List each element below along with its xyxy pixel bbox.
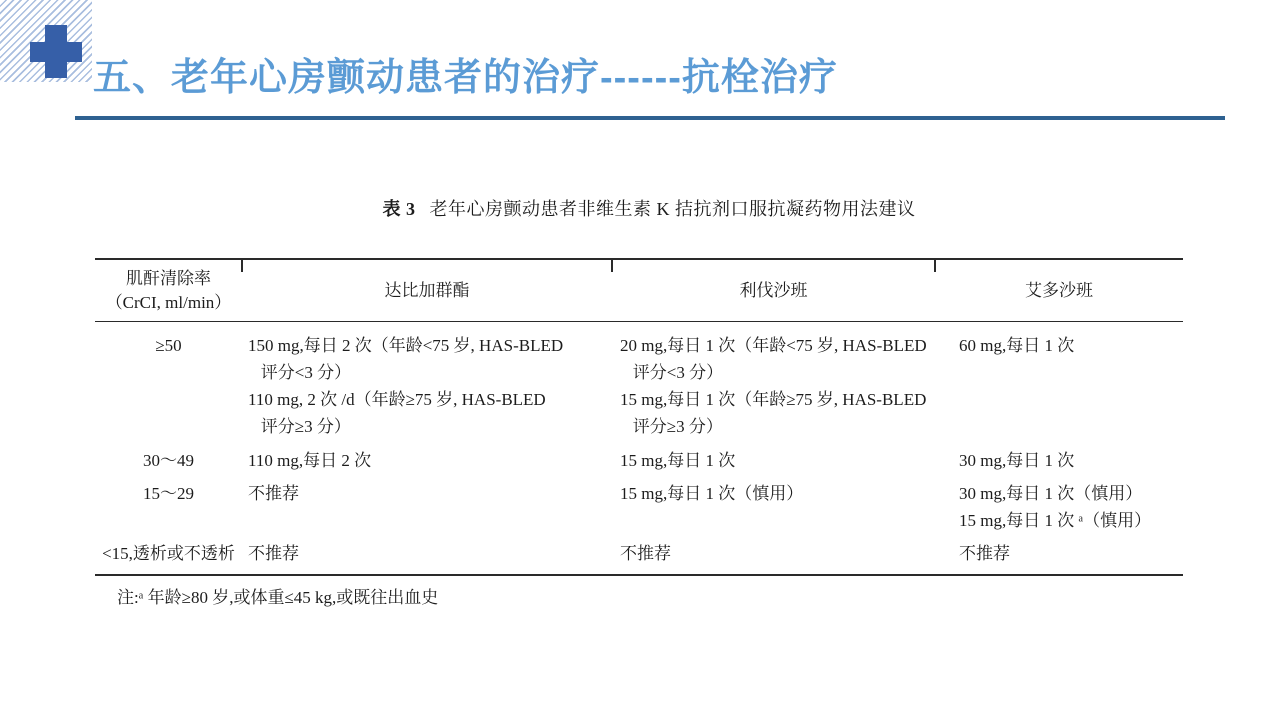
cell-edoxaban: 60 mg,每日 1 次 — [935, 332, 1183, 440]
cell-crcl: 15～29 — [95, 480, 242, 534]
table-caption: 表 3老年心房颤动患者非维生素 K 拮抗剂口服抗凝药物用法建议 — [95, 170, 1183, 248]
drug-dosing-table: 表 3老年心房颤动患者非维生素 K 拮抗剂口服抗凝药物用法建议 肌酐清除率 （C… — [95, 170, 1183, 608]
column-header-dabigatran: 达比加群酯 — [242, 279, 612, 303]
column-header-rivaroxaban: 利伐沙班 — [612, 279, 935, 303]
cell-rivaroxaban: 15 mg,每日 1 次（慎用） — [612, 480, 935, 534]
table-header-row: 肌酐清除率 （CrCI, ml/min） 达比加群酯 利伐沙班 艾多沙班 — [95, 258, 1183, 322]
cell-edoxaban: 30 mg,每日 1 次 — [935, 447, 1183, 474]
cell-dabigatran: 110 mg,每日 2 次 — [242, 447, 612, 474]
table-caption-title: 老年心房颤动患者非维生素 K 拮抗剂口服抗凝药物用法建议 — [430, 199, 916, 219]
cell-edoxaban: 不推荐 — [935, 540, 1183, 567]
medical-cross-icon — [0, 0, 100, 100]
table-caption-number: 表 3 — [383, 199, 416, 219]
cell-crcl: 30～49 — [95, 447, 242, 474]
column-divider-tick — [934, 259, 936, 272]
column-header-edoxaban: 艾多沙班 — [935, 279, 1183, 303]
cell-crcl: <15,透析或不透析 — [95, 540, 242, 567]
table-row: ≥50 150 mg,每日 2 次（年龄<75 岁, HAS-BLED 评分<3… — [95, 322, 1183, 444]
cell-edoxaban: 30 mg,每日 1 次（慎用） 15 mg,每日 1 次 ᵃ（慎用） — [935, 480, 1183, 534]
slide-title: 五、老年心房颤动患者的治疗------抗栓治疗 — [93, 46, 838, 101]
cell-dabigatran: 不推荐 — [242, 480, 612, 534]
cell-rivaroxaban: 15 mg,每日 1 次 — [612, 447, 935, 474]
cross-horizontal-bar — [30, 42, 82, 62]
table-row: 15～29 不推荐 15 mg,每日 1 次（慎用） 30 mg,每日 1 次（… — [95, 477, 1183, 537]
cell-dabigatran: 不推荐 — [242, 540, 612, 567]
column-header-crcl: 肌酐清除率 （CrCI, ml/min） — [95, 267, 242, 315]
cell-dabigatran: 150 mg,每日 2 次（年龄<75 岁, HAS-BLED 评分<3 分） … — [242, 332, 612, 440]
column-divider-tick — [241, 259, 243, 272]
column-divider-tick — [611, 259, 613, 272]
cell-rivaroxaban: 20 mg,每日 1 次（年龄<75 岁, HAS-BLED 评分<3 分） 1… — [612, 332, 935, 440]
table-row: <15,透析或不透析 不推荐 不推荐 不推荐 — [95, 537, 1183, 576]
table-row: 30～49 110 mg,每日 2 次 15 mg,每日 1 次 30 mg,每… — [95, 444, 1183, 477]
cell-rivaroxaban: 不推荐 — [612, 540, 935, 567]
title-underline — [75, 116, 1225, 120]
cell-crcl: ≥50 — [95, 332, 242, 440]
table-footnote: 注:ᵃ 年龄≥80 岁,或体重≤45 kg,或既往出血史 — [95, 583, 1183, 608]
